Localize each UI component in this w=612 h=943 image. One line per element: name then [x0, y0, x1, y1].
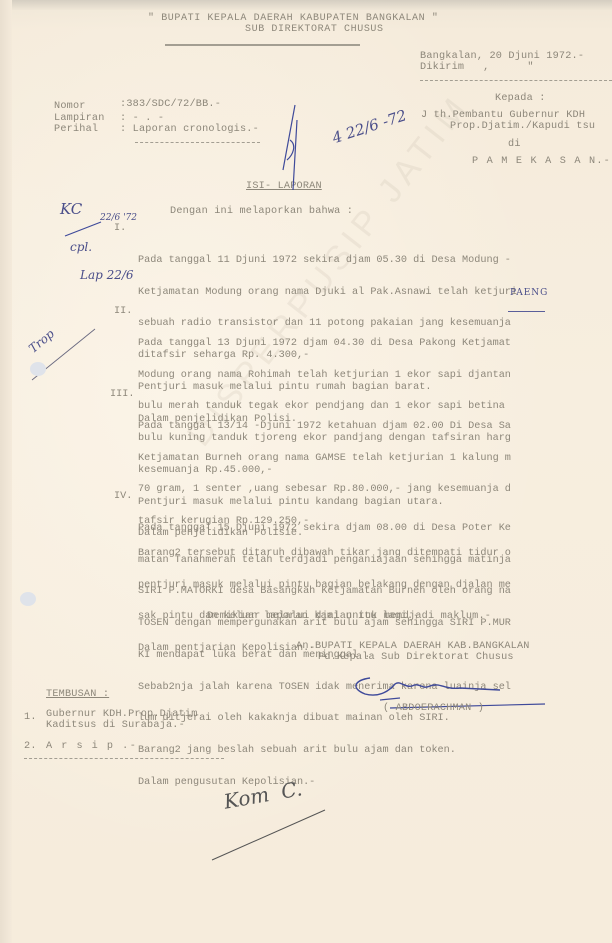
- paragraph-line: Pada tanggal 13 Djuni 1972 djam 04.30 di…: [138, 339, 511, 350]
- paragraph-line: Ketjamatan Burneh orang nama GAMSE telah…: [138, 454, 511, 465]
- recipient-line-1: J th.Pembantu Gubernur KDH: [421, 111, 585, 122]
- paragraph-line: Modung orang nama Rohimah telah ketjuria…: [138, 371, 511, 382]
- tembusan-2-line: A r s i p .-: [46, 742, 137, 753]
- tembusan-1-number: 1.: [24, 713, 37, 724]
- paragraph-number: IV.: [114, 492, 132, 503]
- letterhead-line-1: " BUPATI KEPALA DAERAH KABUPATEN BANGKAL…: [148, 14, 438, 25]
- recipient-di: di: [508, 140, 521, 151]
- tembusan-divider: [24, 758, 224, 759]
- handwritten-date: 22/6 '72: [100, 213, 137, 223]
- tembusan-1-line-2: Kaditsus di Surabaja.-: [46, 721, 185, 732]
- tembusan-1-line-1: Gubernur KDH.Prop.Djatim: [46, 710, 198, 721]
- handwritten-cpl: cpl.: [70, 240, 92, 254]
- paragraph-line: Pada tanggal 15 Djuni 1972 sekira djam 0…: [138, 524, 511, 535]
- nomor-label: Nomor: [54, 102, 86, 113]
- handwritten-bottom-stroke: [210, 795, 330, 865]
- paragraph-line: Pada tanggal 11 Djuni 1972 sekira djam 0…: [138, 256, 517, 267]
- handwritten-lap: Lap 22/6: [80, 268, 134, 282]
- left-paper-edge: [0, 0, 12, 943]
- date-divider: [420, 80, 612, 81]
- top-edge-stain: [0, 0, 612, 10]
- handwritten-correction-paeng: PAENG: [510, 288, 548, 298]
- tembusan-label: TEMBUSAN :: [46, 690, 109, 701]
- signatory-name: ( ABDOERACHMAN ): [383, 704, 484, 715]
- report-intro: Dengan ini melaporkan bahwa :: [170, 207, 353, 218]
- perihal-label: Perihal: [54, 125, 98, 136]
- nomor-value: :383/SDC/72/BB.-: [120, 100, 221, 111]
- handwritten-paraf-top: [275, 100, 315, 195]
- recipient-city: P A M E K A S A N.-: [472, 157, 611, 168]
- paragraph-line: Dalam pengusutan Kepolisian.-: [138, 778, 511, 789]
- letterhead-rule: [165, 44, 360, 46]
- signature-line-2: Pd.Kepala Sub Direktorat Chusus: [318, 653, 514, 664]
- punch-hole: [30, 362, 46, 376]
- tembusan-2-number: 2.: [24, 742, 37, 753]
- paragraph-line: Pada tanggal 13/14 -Djuni 1972 ketahuan …: [138, 422, 511, 433]
- perihal-underline: [135, 142, 260, 143]
- lampiran-value: : - . -: [120, 114, 164, 125]
- strike-pakong: [508, 311, 545, 312]
- handwritten-underline: [65, 220, 105, 240]
- dikirim-line: Dikirim , ": [420, 63, 534, 74]
- kepada-label: Kepada :: [495, 94, 546, 105]
- handwritten-trop-stroke: [30, 325, 100, 385]
- paragraph-line: SIRI P.MATORKI desa Basangkah Ketjamatan…: [138, 587, 511, 598]
- lampiran-label: Lampiran: [54, 114, 105, 125]
- paragraph-number: I.: [114, 224, 126, 235]
- letterhead-line-2: SUB DIREKTORAT CHUSUS: [245, 25, 384, 36]
- signature-line-1: An.BUPATI KEPALA DAERAH KAB.BANGKALAN: [296, 642, 530, 653]
- paragraph-number: II.: [114, 307, 132, 318]
- paragraph-line: Barang2 jang beslah sebuah arit bulu aja…: [138, 746, 511, 757]
- place-date: Bangkalan, 20 Djuni 1972.-: [420, 52, 584, 63]
- closing-sentence: Demikian laporan kami untuk mendjadi mak…: [207, 612, 491, 623]
- handwritten-kc: KC: [60, 200, 82, 218]
- punch-hole: [20, 592, 36, 606]
- paragraph-number: III.: [110, 390, 134, 401]
- recipient-line-2: Prop.Djatim./Kapudi tsu: [450, 122, 595, 133]
- paragraph-line: matan Tanahmerah telah terdjadi pengania…: [138, 556, 511, 567]
- paragraph-line: Ketjamatan Modung orang nama Djuki al Pa…: [138, 288, 517, 299]
- perihal-value: : Laporan cronologis.-: [120, 125, 259, 136]
